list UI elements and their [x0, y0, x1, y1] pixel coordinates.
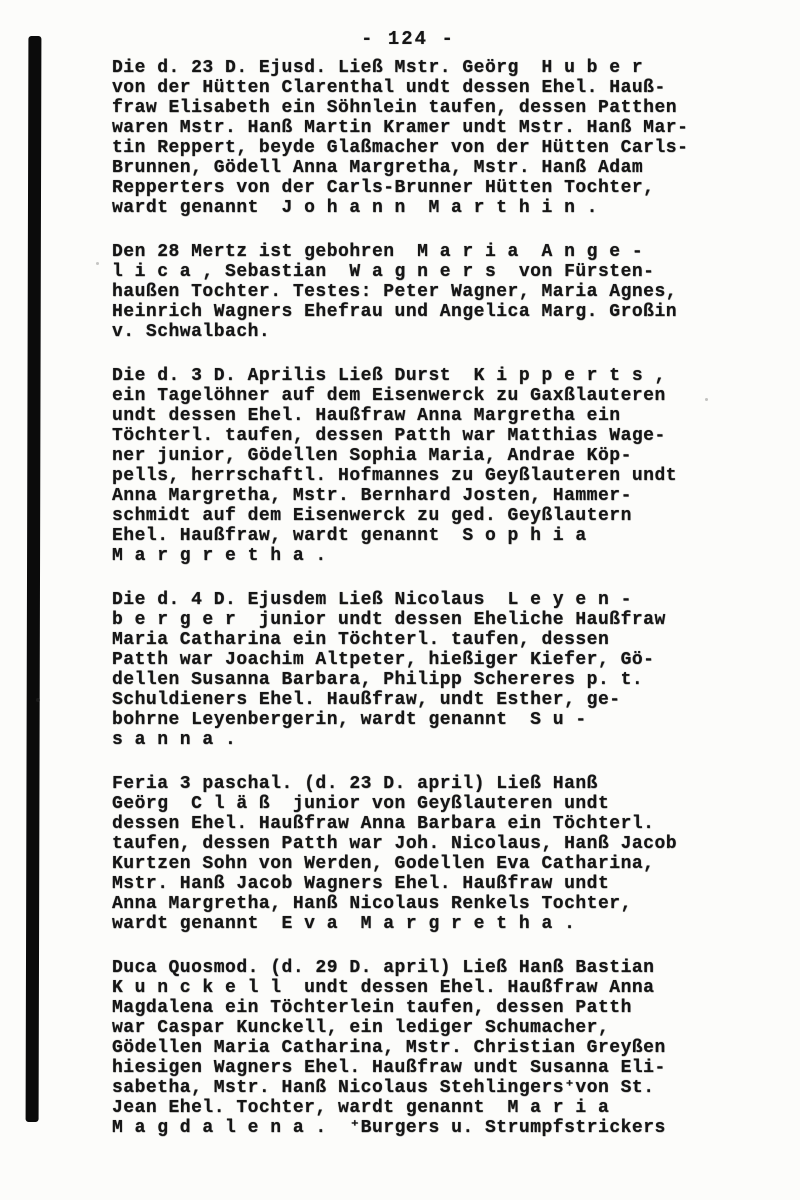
- baptism-entry-paragraph: Die d. 23 D. Ejusd. Ließ Mstr. Geörg H u…: [112, 58, 752, 218]
- text-line: Patth war Joachim Altpeter, hießiger Kie…: [112, 650, 752, 670]
- text-line: ner junior, Gödellen Sophia Maria, Andra…: [112, 446, 752, 466]
- text-line: Duca Quosmod. (d. 29 D. april) Ließ Hanß…: [112, 958, 752, 978]
- baptism-entry-paragraph: Die d. 4 D. Ejusdem Ließ Nicolaus L e y …: [112, 590, 752, 750]
- text-line: hiesigen Wagners Ehel. Haußfraw undt Sus…: [112, 1058, 752, 1078]
- text-line: waren Mstr. Hanß Martin Kramer undt Mstr…: [112, 118, 752, 138]
- text-line: Töchterl. taufen, dessen Patth war Matth…: [112, 426, 752, 446]
- text-line: taufen, dessen Patth war Joh. Nicolaus, …: [112, 834, 752, 854]
- text-line: Magdalena ein Töchterlein taufen, dessen…: [112, 998, 752, 1018]
- text-line: Kurtzen Sohn von Werden, Godellen Eva Ca…: [112, 854, 752, 874]
- text-line: b e r g e r junior undt dessen Eheliche …: [112, 610, 752, 630]
- text-line: pells, herrschaftl. Hofmannes zu Geyßlau…: [112, 466, 752, 486]
- text-line: fraw Elisabeth ein Söhnlein taufen, dess…: [112, 98, 752, 118]
- baptism-entry-paragraph: Den 28 Mertz ist gebohren M a r i a A n …: [112, 242, 752, 342]
- text-line: bohrne Leyenbergerin, wardt genannt S u …: [112, 710, 752, 730]
- text-line: l i c a , Sebastian W a g n e r s von Fü…: [112, 262, 752, 282]
- baptism-entry-paragraph: Duca Quosmod. (d. 29 D. april) Ließ Hanß…: [112, 958, 752, 1138]
- text-line: Die d. 4 D. Ejusdem Ließ Nicolaus L e y …: [112, 590, 752, 610]
- baptism-entry-paragraph: Die d. 3 D. Aprilis Ließ Durst K i p p e…: [112, 366, 752, 566]
- text-line: M a r g r e t h a .: [112, 546, 752, 566]
- text-line: schmidt auf dem Eisenwerck zu ged. Geyßl…: [112, 506, 752, 526]
- text-line: Den 28 Mertz ist gebohren M a r i a A n …: [112, 242, 752, 262]
- text-line: s a n n a .: [112, 730, 752, 750]
- text-line: Brunnen, Gödell Anna Margretha, Mstr. Ha…: [112, 158, 752, 178]
- text-line: Anna Margretha, Mstr. Bernhard Josten, H…: [112, 486, 752, 506]
- text-line: Gödellen Maria Catharina, Mstr. Christia…: [112, 1038, 752, 1058]
- text-line: war Caspar Kunckell, ein lediger Schumac…: [112, 1018, 752, 1038]
- text-line: undt dessen Ehel. Haußfraw Anna Margreth…: [112, 406, 752, 426]
- text-line: K u n c k e l l undt dessen Ehel. Haußfr…: [112, 978, 752, 998]
- text-line: v. Schwalbach.: [112, 322, 752, 342]
- text-line: Die d. 23 D. Ejusd. Ließ Mstr. Geörg H u…: [112, 58, 752, 78]
- text-line: sabetha, Mstr. Hanß Nicolaus Stehlingers…: [112, 1078, 752, 1098]
- text-line: tin Reppert, beyde Glaßmacher von der Hü…: [112, 138, 752, 158]
- text-line: Anna Margretha, Hanß Nicolaus Renkels To…: [112, 894, 752, 914]
- scan-speck: [36, 698, 40, 702]
- text-line: Schuldieners Ehel. Haußfraw, undt Esther…: [112, 690, 752, 710]
- text-line: Maria Catharina ein Töchterl. taufen, de…: [112, 630, 752, 650]
- text-line: Ehel. Haußfraw, wardt genannt S o p h i …: [112, 526, 752, 546]
- scan-speck: [96, 262, 99, 265]
- text-line: Geörg C l ä ß junior von Geyßlauteren un…: [112, 794, 752, 814]
- baptism-entry-paragraph: Feria 3 paschal. (d. 23 D. april) Ließ H…: [112, 774, 752, 934]
- text-line: dellen Susanna Barbara, Philipp Scherere…: [112, 670, 752, 690]
- scanned-register-page: - 124 - Die d. 23 D. Ejusd. Ließ Mstr. G…: [0, 0, 800, 1200]
- text-line: dessen Ehel. Haußfraw Anna Barbara ein T…: [112, 814, 752, 834]
- text-line: haußen Tochter. Testes: Peter Wagner, Ma…: [112, 282, 752, 302]
- text-line: Die d. 3 D. Aprilis Ließ Durst K i p p e…: [112, 366, 752, 386]
- baptism-entries: Die d. 23 D. Ejusd. Ließ Mstr. Geörg H u…: [112, 58, 752, 1162]
- scan-gutter-bar: [26, 36, 42, 1122]
- text-line: ein Tagelöhner auf dem Eisenwerck zu Gax…: [112, 386, 752, 406]
- text-line: Jean Ehel. Tochter, wardt genannt M a r …: [112, 1098, 752, 1118]
- text-line: M a g d a l e n a . ⁺Burgers u. Strumpfs…: [112, 1118, 752, 1138]
- text-line: von der Hütten Clarenthal undt dessen Eh…: [112, 78, 752, 98]
- page-number: - 124 -: [112, 28, 704, 50]
- text-line: Repperters von der Carls-Brunner Hütten …: [112, 178, 752, 198]
- text-line: Heinrich Wagners Ehefrau und Angelica Ma…: [112, 302, 752, 322]
- text-line: Feria 3 paschal. (d. 23 D. april) Ließ H…: [112, 774, 752, 794]
- text-line: wardt genannt E v a M a r g r e t h a .: [112, 914, 752, 934]
- text-line: Mstr. Hanß Jacob Wagners Ehel. Haußfraw …: [112, 874, 752, 894]
- text-line: wardt genannt J o h a n n M a r t h i n …: [112, 198, 752, 218]
